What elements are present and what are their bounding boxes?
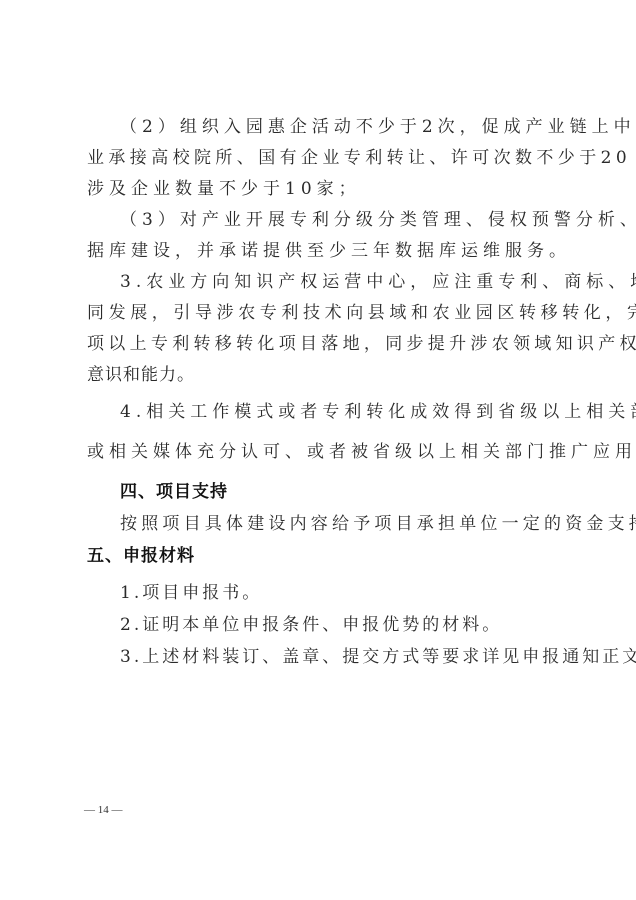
paragraph-line: 3.农业方向知识产权运营中心，应注重专利、商标、地标协 [120, 271, 557, 293]
paragraph-line: 业承接高校院所、国有企业专利转让、许可次数不少于20 次， [87, 147, 557, 169]
paragraph-line: 项以上专利转移转化项目落地，同步提升涉农领域知识产权保护 [87, 333, 557, 355]
paragraph-line: 意识和能力。 [87, 364, 557, 386]
document-page: （2）组织入园惠企活动不少于2次，促成产业链上中小企 业承接高校院所、国有企业专… [0, 0, 636, 900]
list-item: 2.证明本单位申报条件、申报优势的材料。 [120, 614, 557, 636]
list-item: 3.上述材料装订、盖章、提交方式等要求详见申报通知正文。 [120, 646, 557, 668]
page-number: — 14 — [84, 804, 123, 816]
paragraph-line: 据库建设，并承诺提供至少三年数据库运维服务。 [87, 240, 557, 262]
section-heading-project-support: 四、项目支持 [120, 481, 557, 503]
paragraph-line: （3）对产业开展专利分级分类管理、侵权预警分析、专题数 [120, 209, 557, 231]
paragraph-line: 4.相关工作模式或者专利转化成效得到省级以上相关部门 [120, 401, 557, 423]
paragraph-line: 同发展，引导涉农专利技术向县域和农业园区转移转化，完成3 [87, 302, 557, 324]
list-item: 1.项目申报书。 [120, 582, 557, 604]
paragraph-line: 或相关媒体充分认可、或者被省级以上相关部门推广应用。 [87, 441, 557, 463]
paragraph-line: （2）组织入园惠企活动不少于2次，促成产业链上中小企 [120, 116, 557, 138]
section-heading-application-materials: 五、申报材料 [87, 545, 557, 567]
paragraph-line: 涉及企业数量不少于10家； [87, 178, 557, 200]
paragraph-line: 按照项目具体建设内容给予项目承担单位一定的资金支持。 [120, 513, 557, 535]
